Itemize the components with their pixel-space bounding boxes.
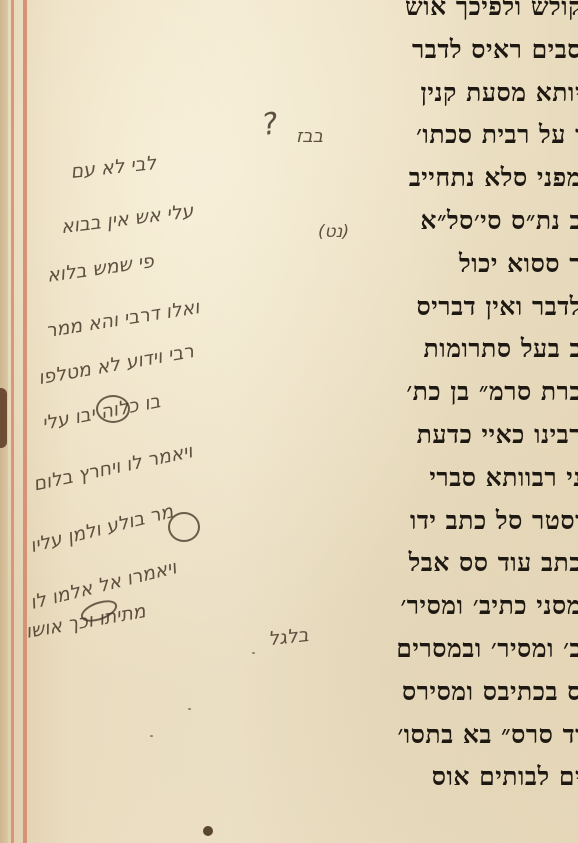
printed-line: כתב עוד סס אבל bbox=[332, 542, 578, 585]
printed-line: ברת סרמ״ בן כת׳ bbox=[332, 371, 578, 414]
flourish-loop bbox=[168, 512, 200, 542]
marginal-note: בבז bbox=[296, 126, 323, 147]
marginal-note: עלי אש אין בבוא bbox=[60, 200, 195, 238]
printed-line: לדבר ואין דבריס bbox=[332, 286, 578, 329]
printed-line: מסני כתיב׳ ומסיר׳ bbox=[332, 585, 578, 628]
printed-line: וד סרס״ בא בתסו׳ bbox=[332, 714, 578, 757]
printed-line: סבים ראיס לדבר bbox=[332, 29, 578, 72]
marginal-note: (נט) bbox=[318, 222, 349, 242]
marginal-note: פי שמש בלוא bbox=[46, 250, 156, 287]
handwritten-marginalia: ? בבז לבי לא עם עלי אש אין בבוא (נט) פי … bbox=[0, 0, 360, 843]
marginal-note: ? bbox=[260, 106, 281, 143]
printed-line: ים לבותים אוס bbox=[332, 756, 578, 799]
marginal-note: רבי וידוע לא מטלפו bbox=[36, 340, 195, 389]
marginal-note: מר בולע ולמן עליו bbox=[28, 500, 176, 557]
printed-line: ו על רבית סכתו׳ bbox=[332, 114, 578, 157]
marginal-note: לבי לא עם bbox=[69, 152, 157, 183]
printed-line: יותא מסעת קנין bbox=[332, 72, 578, 115]
printed-line: ני רבוותא סברי bbox=[332, 457, 578, 500]
flourish-loop bbox=[96, 395, 130, 423]
marginal-note: ואלו דרבי והא ממר bbox=[44, 296, 201, 342]
printed-line: ס בכתיבס ומסירס bbox=[332, 671, 578, 714]
printed-line: ב׳ ומסיר׳ ובמסרים bbox=[332, 628, 578, 671]
marginal-note: בלגל bbox=[267, 624, 310, 650]
printed-line: מפני סלא נתחייב bbox=[332, 157, 578, 200]
printed-line: ב בעל סתרומות bbox=[332, 328, 578, 371]
printed-line: רבינו כאיי כדעת bbox=[332, 414, 578, 457]
printed-line: קולש ולפיכך אוש bbox=[332, 0, 578, 29]
scanned-page: קולש ולפיכך אוש סבים ראיס לדבר יותא מסעת… bbox=[0, 0, 578, 843]
printed-line: ב נת״ס סי׳סל״א bbox=[332, 200, 578, 243]
printed-text-column: קולש ולפיכך אוש סבים ראיס לדבר יותא מסעת… bbox=[332, 0, 578, 799]
printed-line: וסטר סל כתב ידו bbox=[332, 500, 578, 543]
marginal-note: ויאמר לו ויחרץ בלום bbox=[31, 440, 194, 495]
printed-line: ר ססוא יכול bbox=[332, 243, 578, 286]
